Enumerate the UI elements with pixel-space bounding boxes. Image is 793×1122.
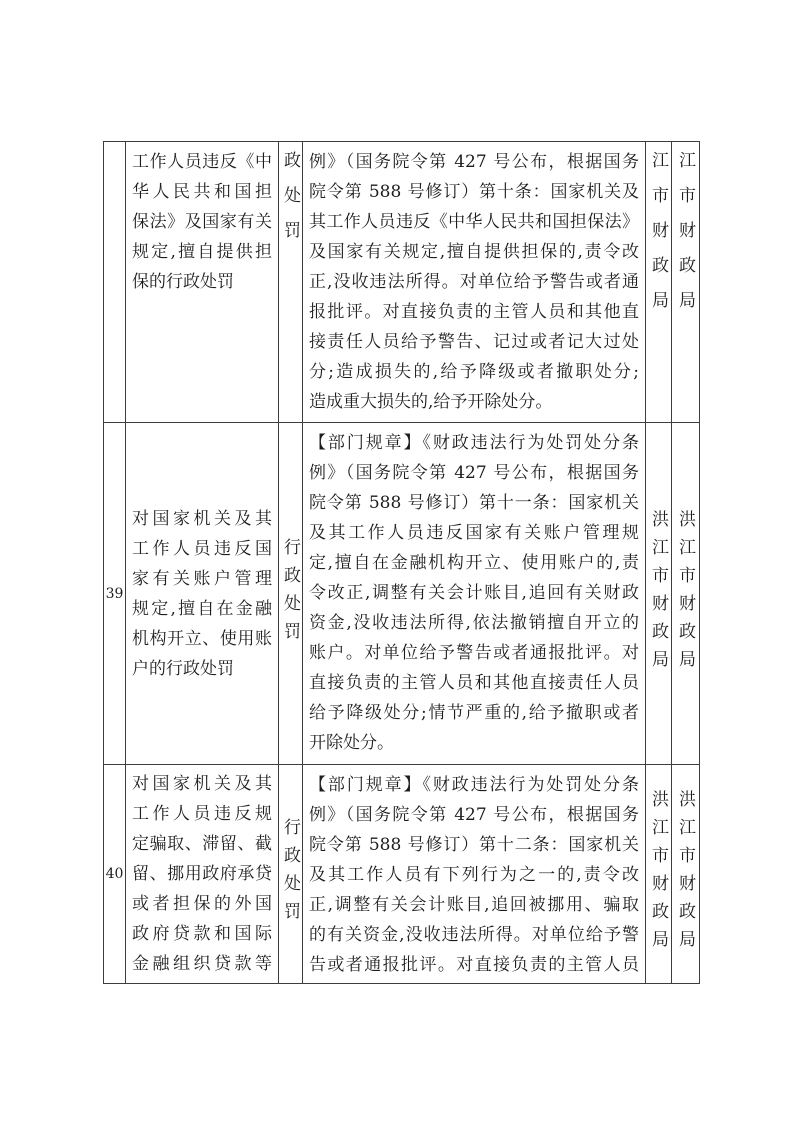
row-number: 39	[106, 586, 124, 602]
agency-primary-cell: 洪江市财政局	[646, 765, 672, 984]
legal-basis-cell: 【部门规章】《财政违法行为处罚处分条例》（国务院令第 427 号公布，根据国务院…	[303, 423, 646, 765]
legal-basis-text: 例》（国务院令第 427 号公布，根据国务院令第 588 号修订）第十条：国家机…	[303, 142, 645, 417]
penalty-type-cell: 行政处罚	[279, 423, 303, 765]
item-name-cell: 工作人员违反《中华人民共和国担保法》及国家有关规定,擅自提供担保的行政处罚	[126, 142, 279, 423]
table-row: 39 对国家机关及其工作人员违反国家有关账户管理规定,擅自在金融机构开立、使用账…	[104, 423, 700, 765]
penalty-type-text: 政处罚	[279, 142, 303, 256]
table-row: 40 对国家机关及其工作人员违反规定骗取、滞留、截留、挪用政府承贷或者担保的外国…	[104, 765, 700, 984]
row-number-cell: 40	[104, 765, 126, 984]
row-number-cell: 39	[104, 423, 126, 765]
agency-primary-text: 洪江市财政局	[646, 790, 671, 958]
item-name-text: 工作人员违反《中华人民共和国担保法》及国家有关规定,擅自提供担保的行政处罚	[126, 142, 278, 297]
penalty-type-text: 行政处罚	[279, 818, 303, 930]
legal-basis-text: 【部门规章】《财政违法行为处罚处分条例》（国务院令第 427 号公布，根据国务院…	[303, 765, 645, 980]
agency-primary-text: 江市财政局	[646, 142, 671, 326]
penalty-type-cell: 行政处罚	[279, 765, 303, 984]
legal-basis-cell: 【部门规章】《财政违法行为处罚处分条例》（国务院令第 427 号公布，根据国务院…	[303, 765, 646, 984]
agency-secondary-cell: 洪江市财政局	[672, 765, 700, 984]
item-name-text: 对国家机关及其工作人员违反国家有关账户管理规定,擅自在金融机构开立、使用账户的行…	[126, 504, 278, 684]
agency-primary-text: 洪江市财政局	[646, 510, 671, 678]
item-name-cell: 对国家机关及其工作人员违反规定骗取、滞留、截留、挪用政府承贷或者担保的外国政府贷…	[126, 765, 279, 984]
penalty-type-cell: 政处罚	[279, 142, 303, 423]
agency-secondary-text: 洪江市财政局	[673, 510, 698, 678]
agency-secondary-cell: 洪江市财政局	[672, 423, 700, 765]
agency-secondary-cell: 江市财政局	[672, 142, 700, 423]
document-page: 工作人员违反《中华人民共和国担保法》及国家有关规定,擅自提供担保的行政处罚 政处…	[0, 0, 793, 1122]
agency-primary-cell: 江市财政局	[646, 142, 672, 423]
table-row: 工作人员违反《中华人民共和国担保法》及国家有关规定,擅自提供担保的行政处罚 政处…	[104, 142, 700, 423]
legal-basis-text: 【部门规章】《财政违法行为处罚处分条例》（国务院令第 427 号公布，根据国务院…	[303, 423, 645, 758]
row-number-cell	[104, 142, 126, 423]
agency-primary-cell: 洪江市财政局	[646, 423, 672, 765]
legal-basis-cell: 例》（国务院令第 427 号公布，根据国务院令第 588 号修订）第十条：国家机…	[303, 142, 646, 423]
agency-secondary-text: 洪江市财政局	[673, 790, 698, 958]
item-name-text: 对国家机关及其工作人员违反规定骗取、滞留、截留、挪用政府承贷或者担保的外国政府贷…	[126, 769, 278, 979]
agency-secondary-text: 江市财政局	[673, 142, 698, 326]
item-name-cell: 对国家机关及其工作人员违反国家有关账户管理规定,擅自在金融机构开立、使用账户的行…	[126, 423, 279, 765]
penalty-type-text: 行政处罚	[279, 538, 303, 650]
penalty-table: 工作人员违反《中华人民共和国担保法》及国家有关规定,擅自提供担保的行政处罚 政处…	[103, 141, 700, 984]
row-number: 40	[106, 866, 124, 882]
